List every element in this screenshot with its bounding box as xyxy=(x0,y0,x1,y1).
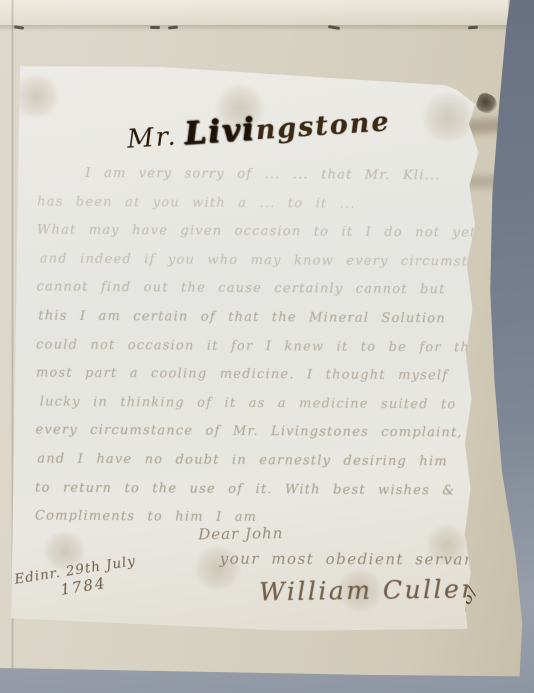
body-line: What may have given occasion to it I do … xyxy=(37,217,473,249)
body-line: this I am certain of that the Mineral So… xyxy=(38,302,472,334)
body-line: could not occasion it for I knew it to b… xyxy=(36,331,472,363)
heading-honorific: Mr. xyxy=(126,121,178,154)
body-line: most part a cooling medicine. I thought … xyxy=(36,360,472,392)
body-line: to return to the use of it. With best wi… xyxy=(35,474,471,506)
body-line: every circumstance of Mr. Livingstones c… xyxy=(35,417,471,449)
signature-william-cullen: William Cullen . xyxy=(259,574,501,606)
letter-heading: Mr. Livingstone xyxy=(126,102,392,155)
manuscript-photograph: 98/ Mr. Livingstone I am very sorry of .… xyxy=(0,0,534,693)
body-line: and I have no doubt in earnestly desirin… xyxy=(37,445,471,477)
valediction: your most obedient servant xyxy=(220,550,483,569)
body-line: has been at you with a ... to it ... xyxy=(37,188,473,220)
adhesive-stain xyxy=(13,74,60,119)
salutation: Dear John xyxy=(198,524,283,543)
stitch-mark xyxy=(150,26,160,29)
heading-name-blotted: Livi xyxy=(183,111,257,152)
letter-body: I am very sorry of ... ... that Mr. Kli.… xyxy=(35,159,474,534)
body-line: lucky in thinking of it as a medicine su… xyxy=(40,388,472,420)
page-crease xyxy=(0,25,510,32)
heading-name-rest: ngstone xyxy=(255,106,392,146)
dateline: Edinr. 29th July 1784 xyxy=(13,553,139,605)
body-line: cannot find out the cause certainly cann… xyxy=(36,274,472,306)
letter-sheet: Mr. Livingstone I am very sorry of ... .… xyxy=(8,64,483,635)
album-page-top-strip xyxy=(0,0,508,25)
adhesive-stain xyxy=(420,92,475,143)
body-line: I am very sorry of ... ... that Mr. Kli.… xyxy=(37,159,473,191)
body-line: and indeed if you who may know every cir… xyxy=(40,245,473,277)
ink-blot-stain xyxy=(474,91,499,116)
